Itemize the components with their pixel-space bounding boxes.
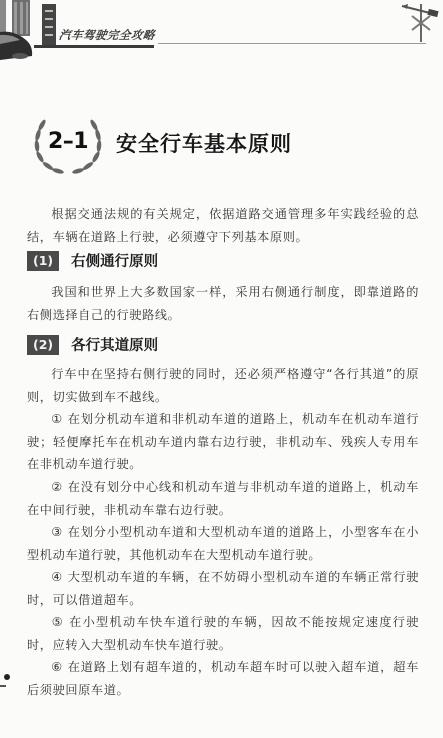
section-heading-1: (1)右侧通行原则 <box>27 250 158 272</box>
car-icon <box>0 26 34 60</box>
intro-paragraph: 根据交通法规的有关规定，依据道路交通管理多年实践经验的总结，车辆在道路上行驶，必… <box>27 203 419 248</box>
chapter-number: 2–1 <box>28 129 108 154</box>
list-item: ① 在划分机动车道和非机动车道的道路上，机动车在机动车道行驶；轻便摩托车在机动车… <box>27 408 419 476</box>
section-title: 各行其道原则 <box>71 334 158 355</box>
section-title: 右侧通行原则 <box>71 250 158 271</box>
series-title: 汽车驾驶完全攻略 <box>58 27 156 43</box>
binding-hole-mark <box>4 674 10 680</box>
section-badge: (2) <box>27 335 59 355</box>
chapter-title: 安全行车基本原则 <box>116 128 292 158</box>
list-item: ⑥ 在道路上划有超车道的，机动车超车时可以驶入超车道，超车后须驶回原车道。 <box>27 656 419 701</box>
page-header: 汽车驾驶完全攻略 <box>0 0 443 60</box>
signpost-icon <box>400 2 440 42</box>
header-title-bar <box>34 45 154 48</box>
paragraph: 行车中在坚持右侧行驶的同时，还必须严格遵守“各行其道”的原则，切实做到车不越线。 <box>27 363 419 408</box>
list-item: ③ 在划分小型机动车道和大型机动车道的道路上，小型客车在小型机动车道行驶，其他机… <box>27 521 419 566</box>
section-heading-2: (2)各行其道原则 <box>27 334 158 356</box>
list-item: ② 在没有划分中心线和机动车道与非机动车道的道路上，机动车在中间行驶，非机动车靠… <box>27 476 419 521</box>
section-badge: (1) <box>27 251 59 271</box>
chapter-heading: 2–1 安全行车基本原则 <box>28 113 408 177</box>
list-item: ⑤ 在小型机动车快车道行驶的车辆，因故不能按规定速度行驶时，应转入大型机动车快车… <box>27 611 419 656</box>
list-item: ④ 大型机动车道的车辆，在不妨碍小型机动车道的车辆正常行驶时，可以借道超车。 <box>27 566 419 611</box>
binding-edge-mark <box>0 685 6 687</box>
paragraph: 我国和世界上大多数国家一样，采用右侧通行制度，即靠道路的右侧选择自己的行驶路线。 <box>27 281 419 326</box>
header-rule <box>158 43 426 44</box>
